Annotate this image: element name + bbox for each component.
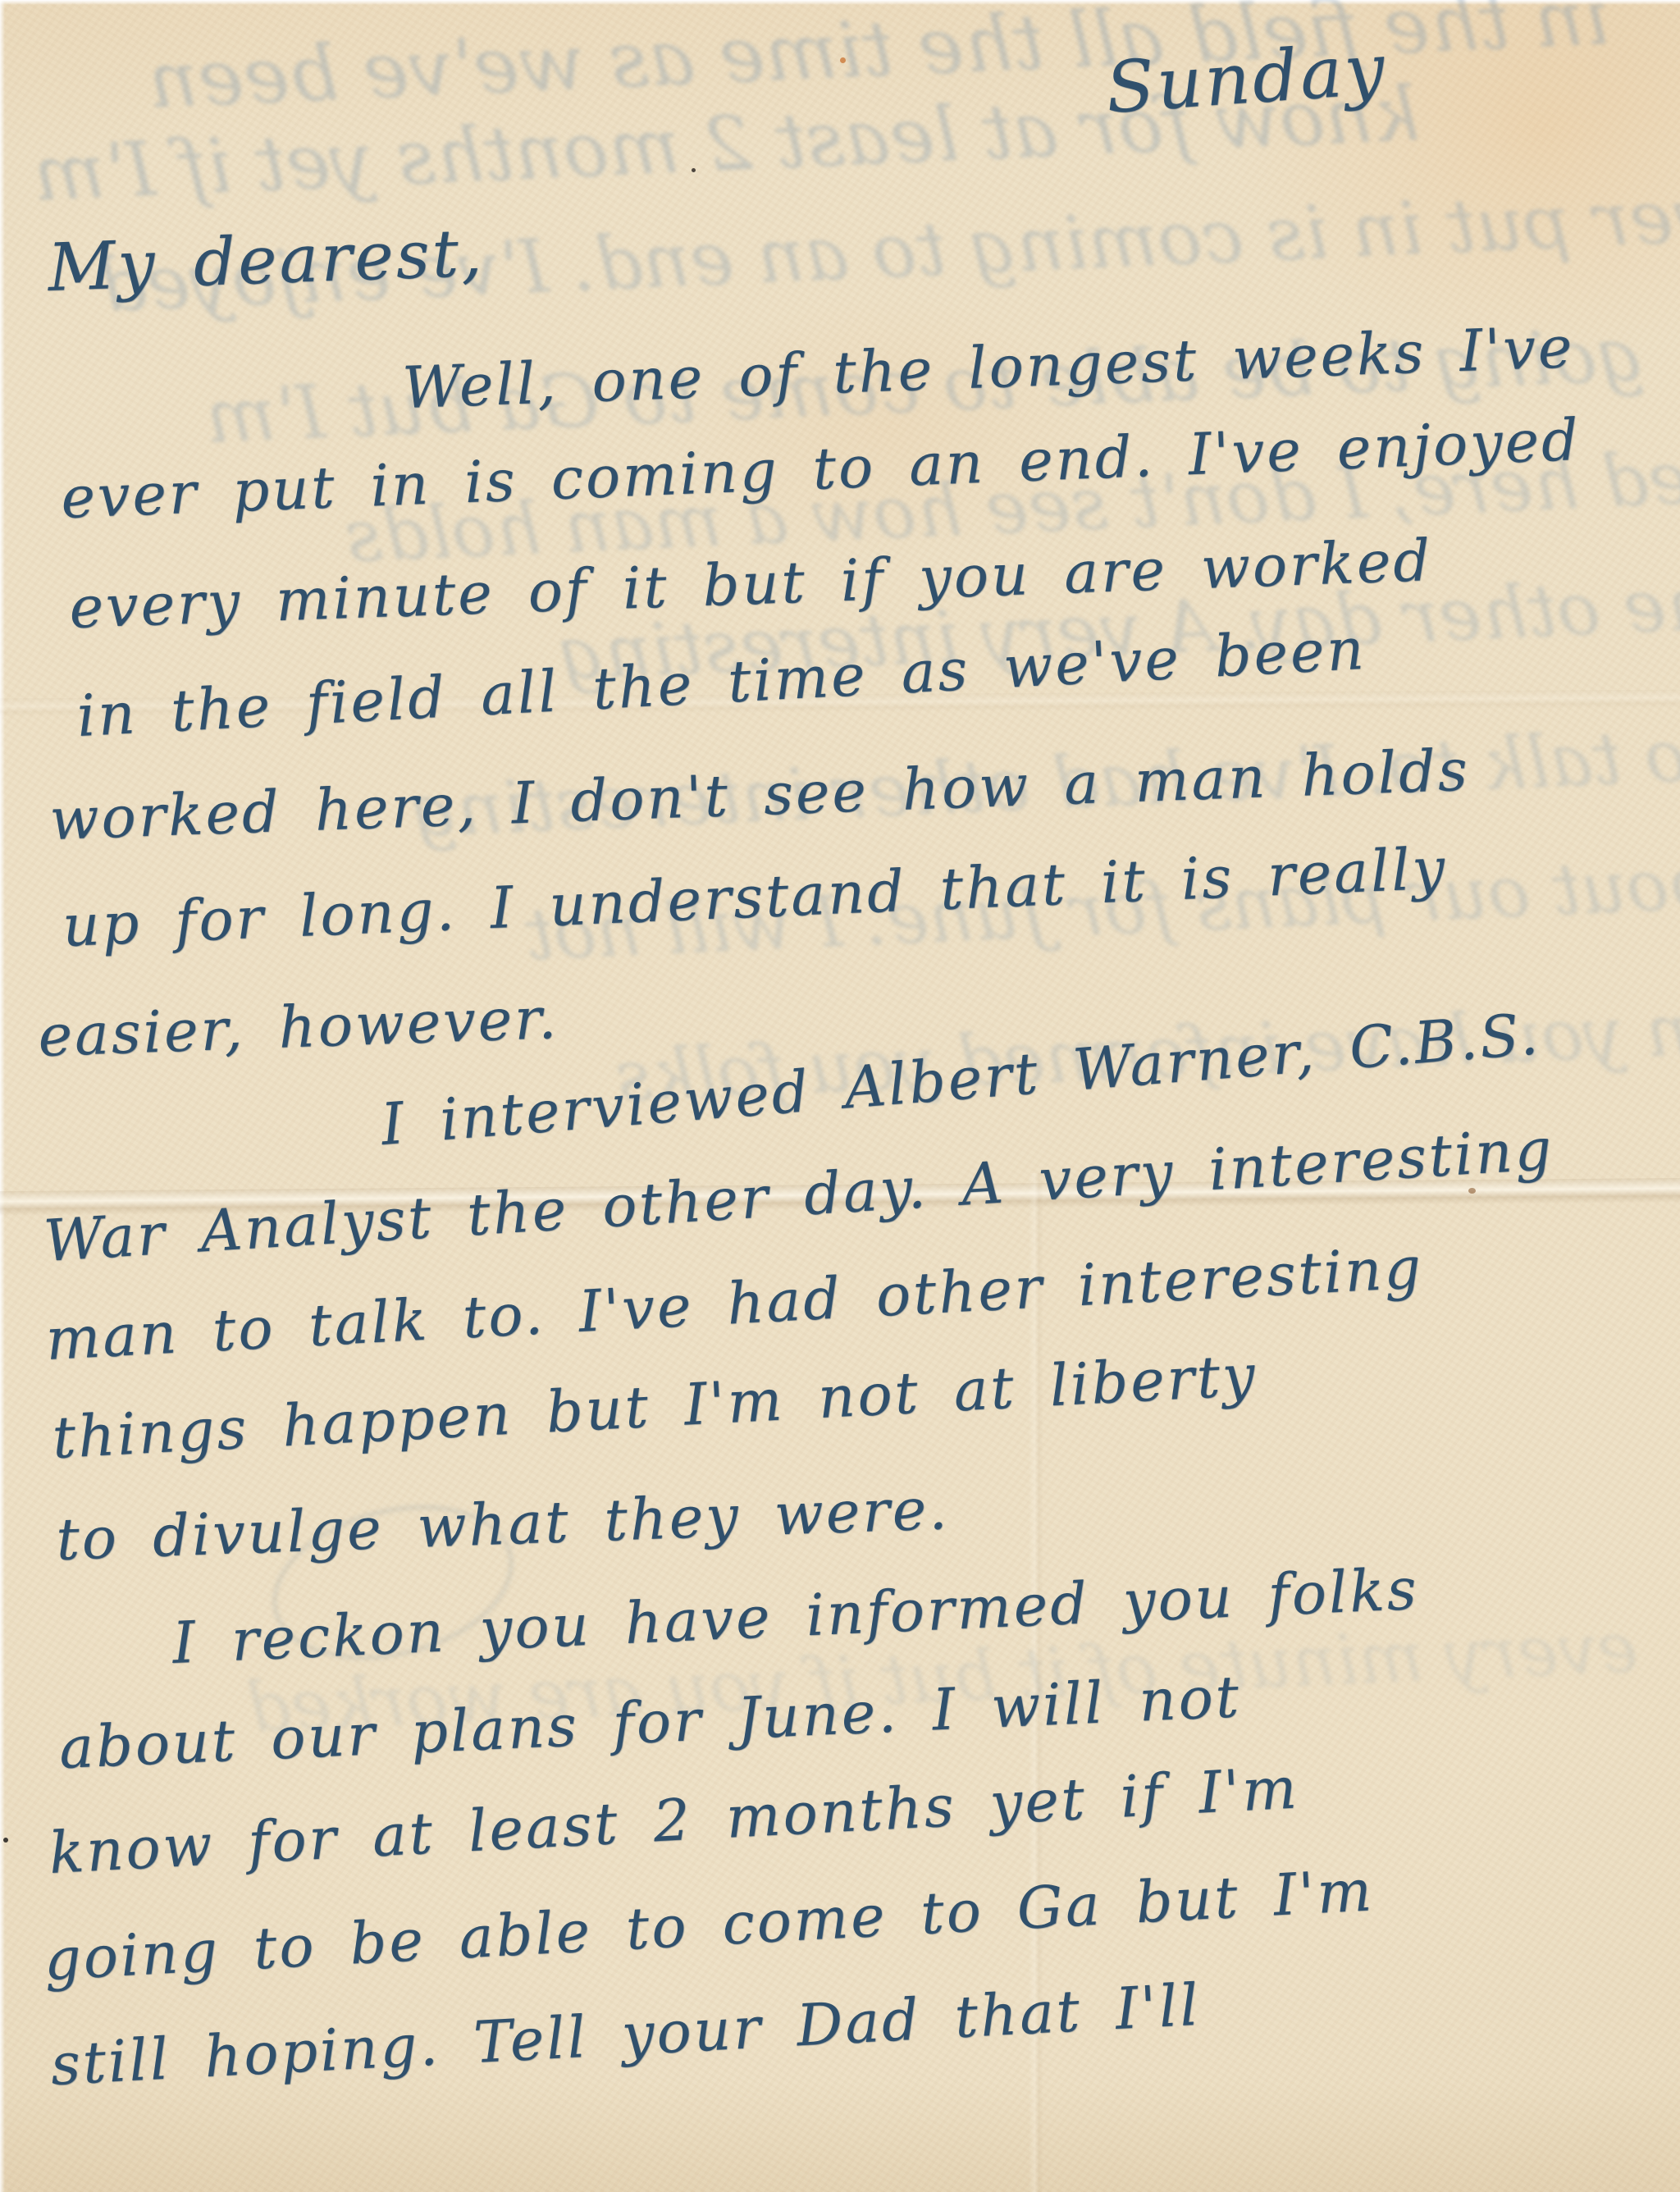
letter-salutation: My dearest, — [47, 214, 486, 306]
letter-line: easier, however. — [37, 984, 559, 1070]
letter-line: still hoping. Tell your Dad that I'll — [49, 1971, 1203, 2098]
rust-speck — [1468, 1188, 1476, 1194]
letter-scan: { "letter": { "date_line": "Sunday", "sa… — [0, 0, 1680, 2192]
ink-speck — [3, 1838, 8, 1843]
scan-edge — [0, 0, 5, 2192]
